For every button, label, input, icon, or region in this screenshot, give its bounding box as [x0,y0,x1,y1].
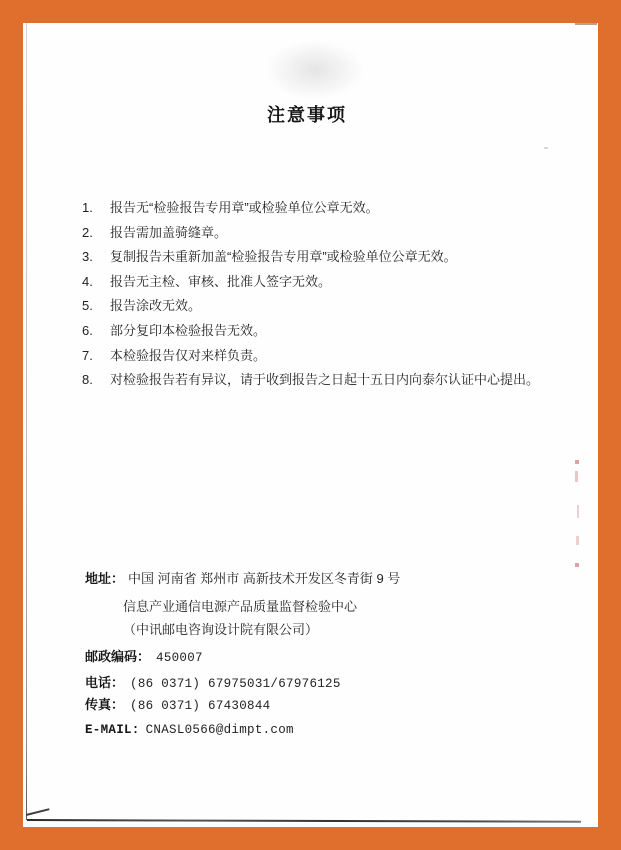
note-item: 5.报告涂改无效。 [82,299,562,324]
ink-bleed-mark [576,536,579,545]
ink-bleed-mark [575,471,578,482]
note-item: 2.报告需加盖骑缝章。 [82,226,562,251]
note-item: 1.报告无“检验报告专用章”或检验单位公章无效。 [82,201,562,226]
email-label: E-MAIL: [85,723,140,737]
phone-label: 电话： [85,675,124,690]
address-value: 中国 河南省 郑州市 高新技术开发区冬青街 9 号 [128,571,400,586]
note-text: 本检验报告仅对来样负责。 [110,348,266,363]
phone-line: 电话：(86 0371) 67975031/67976125 [85,676,341,691]
note-number: 5. [82,299,110,313]
page-bottom-scan-line [27,819,581,823]
note-text: 部分复印本检验报告无效。 [110,323,266,338]
scan-smudge [575,23,597,25]
fax-value: (86 0371) 67430844 [130,699,270,713]
note-number: 3. [82,250,110,264]
note-number: 4. [82,275,110,289]
postcode-label: 邮政编码： [85,649,150,664]
ink-bleed-mark [575,563,579,567]
notes-list: 1.报告无“检验报告专用章”或检验单位公章无效。 2.报告需加盖骑缝章。 3.复… [82,201,562,398]
note-number: 2. [82,226,110,240]
address-line2: 信息产业通信电源产品质量监督检验中心 [123,600,357,614]
note-item: 7.本检验报告仅对来样负责。 [82,349,562,374]
paper-sheet: 注意事项 1.报告无“检验报告专用章”或检验单位公章无效。 2.报告需加盖骑缝章… [23,23,598,827]
ink-bleed-mark [575,460,579,464]
note-text: 报告无“检验报告专用章”或检验单位公章无效。 [110,200,379,215]
note-text: 报告无主检、审核、批准人签字无效。 [110,274,331,289]
note-item: 4.报告无主检、审核、批准人签字无效。 [82,275,562,300]
note-number: 8. [82,373,110,387]
scanned-report-page: { "doc": { "title": "注意事项", "notes": [ {… [0,0,621,850]
note-text: 对检验报告若有异议，请于收到报告之日起十五日内向泰尔认证中心提出。 [110,372,539,387]
note-number: 6. [82,324,110,338]
ink-bleed-mark [577,505,579,518]
address-line: 地址：中国 河南省 郑州市 高新技术开发区冬青街 9 号 [85,572,400,586]
faded-stamp-smudge [265,40,365,100]
fax-label: 传真： [85,697,124,712]
note-number: 1. [82,201,110,215]
organization-name: 信息产业通信电源产品质量监督检验中心 [123,599,357,614]
note-item: 3.复制报告未重新加盖“检验报告专用章”或检验单位公章无效。 [82,250,562,275]
fax-line: 传真：(86 0371) 67430844 [85,698,270,713]
page-title: 注意事项 [23,101,591,127]
note-number: 7. [82,349,110,363]
phone-value: (86 0371) 67975031/67976125 [130,677,341,691]
note-text: 报告涂改无效。 [110,298,201,313]
email-value: CNASL0566@dimpt.com [146,723,294,737]
postcode-line: 邮政编码：450007 [85,650,203,665]
page-edge-shadow [26,23,27,820]
page-corner-curl [26,808,50,816]
postcode-value: 450007 [156,651,203,665]
scan-speck [544,147,548,149]
email-line: E-MAIL:CNASL0566@dimpt.com [85,722,297,737]
address-line3: （中讯邮电咨询设计院有限公司） [123,623,318,637]
address-label: 地址： [85,571,124,586]
note-text: 复制报告未重新加盖“检验报告专用章”或检验单位公章无效。 [110,249,457,264]
company-name: （中讯邮电咨询设计院有限公司） [123,622,318,637]
note-item: 8.对检验报告若有异议，请于收到报告之日起十五日内向泰尔认证中心提出。 [82,373,562,398]
note-text: 报告需加盖骑缝章。 [110,225,227,240]
note-item: 6.部分复印本检验报告无效。 [82,324,562,349]
